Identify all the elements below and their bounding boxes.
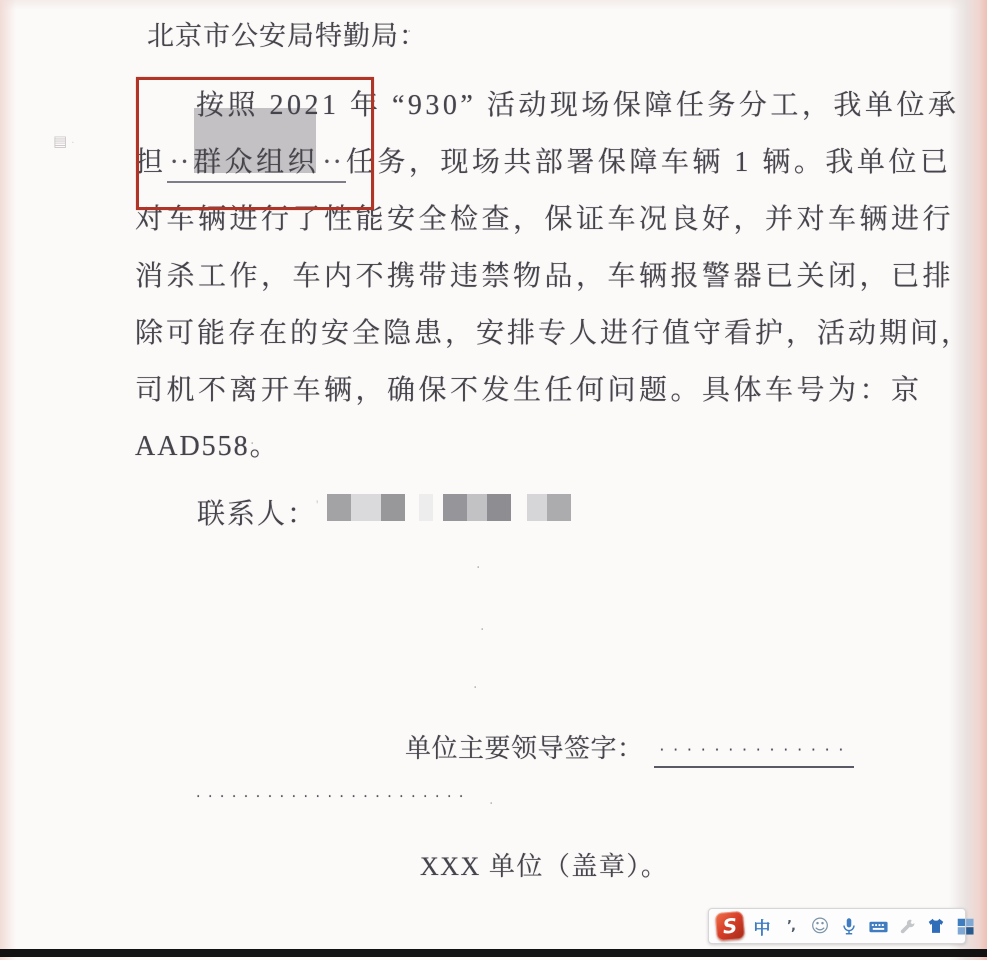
body-line-2-rest: 任务，现场共部署保障车辆 1 辆。我单位已 [346,147,952,178]
keyboard-icon [868,916,889,937]
redaction-block [527,494,547,521]
margin-artifact-icon: ▤· [53,132,74,150]
paragraph-mark: · [480,622,484,638]
emoji-button[interactable]: ☺ [809,914,831,938]
voice-input-button[interactable] [838,914,860,938]
signature-line: 单位主要领导签字：·············· [405,728,854,768]
salutation: 北京市公安局特勤局： [147,14,427,53]
red-annotation-box [136,77,374,210]
photo-edge-top [0,0,987,10]
sogou-logo-icon[interactable]: S [715,911,745,941]
contact-tick-mark: ' [316,497,318,513]
redaction-block [443,494,467,521]
body-line-4: 消杀工作，车内不携带违禁物品，车辆报警器已关闭，已排 [135,254,954,294]
redaction-block [547,494,571,521]
redaction-block [381,494,405,521]
document-photo: ▤· 北京市公安局特勤局： · 按照 2021 年 “930” 活动现场保障任务… [0,0,987,960]
photo-edge-left [0,0,16,960]
photo-edge-right [949,0,987,960]
redacted-contact-info [327,494,571,521]
redaction-block [351,494,381,521]
signature-dotted-blank: ·············· [654,741,855,768]
skin-button[interactable] [925,914,947,938]
punctuation-toggle-button[interactable]: ’, [780,914,802,938]
redaction-block [467,494,487,521]
body-line-7-plate: AAD558。 [135,424,280,464]
redaction-block [419,494,433,521]
punctuation-icon: ’, [787,919,795,934]
paragraph-mark: · [473,680,477,696]
contact-label: 联系人： [197,492,317,532]
shirt-icon [926,916,946,936]
redaction-block [327,494,351,521]
signature-label: 单位主要领导签字： [405,734,644,763]
seal-line: XXX 单位（盖章）。 [420,846,668,883]
paragraph-mark: · [489,796,493,812]
body-line-6: 司机不离开车辆，确保不发生任何问题。具体车号为：京 [135,368,923,408]
microphone-icon [839,916,859,936]
paragraph-mark: · [476,560,480,576]
dotted-row: ······················· [196,789,471,805]
ime-toolbar: S 中 ’, ☺ [708,908,966,944]
body-line-5: 除可能存在的安全隐患，安排专人进行值守看护，活动期间， [135,311,972,351]
language-mode-button[interactable]: 中 [751,914,773,938]
grid-icon [956,917,975,936]
chinese-mode-icon: 中 [754,914,771,939]
redaction-block [487,494,511,521]
toolbox-button[interactable] [954,914,976,938]
soft-keyboard-button[interactable] [867,914,889,938]
tools-button[interactable] [896,914,918,938]
emoji-icon: ☺ [811,916,830,937]
photo-bottom-black-bar [0,949,987,957]
margin-artifact-glyph: ▤ [53,132,67,150]
margin-artifact-tick: · [71,138,74,149]
wrench-icon [898,917,917,936]
